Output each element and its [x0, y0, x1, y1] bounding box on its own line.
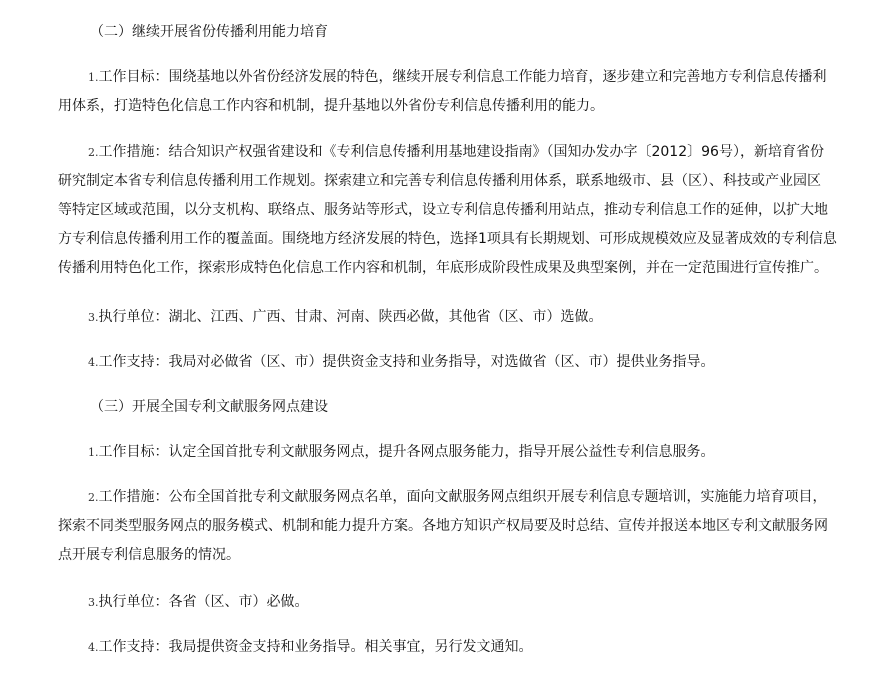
- paragraph-3-3: 3.执行单位：各省（区、市）必做。: [88, 593, 309, 612]
- paragraph-3-2-line-1: 2.工作措施：公布全国首批专利文献服务网点名单，面向文献服务网点组织开展专利信息…: [88, 488, 827, 507]
- paragraph-2-2-line-1: 2.工作措施：结合知识产权强省建设和《专利信息传播利用基地建设指南》（国知办发办…: [88, 143, 824, 162]
- section-heading-3: （三）开展全国专利文献服务网点建设: [90, 398, 328, 416]
- paragraph-2-3: 3.执行单位：湖北、江西、广西、甘肃、河南、陕西必做，其他省（区、市）选做。: [88, 308, 603, 327]
- paragraph-3-1: 1.工作目标：认定全国首批专利文献服务网点，提升各网点服务能力，指导开展公益性专…: [88, 443, 715, 462]
- paragraph-2-1-line-1: 1.工作目标：围绕基地以外省份经济发展的特色，继续开展专利信息工作能力培育，逐步…: [88, 68, 827, 87]
- item-number: 4.: [88, 356, 99, 369]
- paragraph-3-2-line-2: 探索不同类型服务网点的服务模式、机制和能力提升方案。各地方知识产权局要及时总结、…: [58, 517, 828, 535]
- item-number: 2.: [88, 146, 99, 159]
- item-number: 1.: [88, 71, 99, 84]
- item-number: 3.: [88, 311, 99, 324]
- paragraph-2-2-line-4: 方专利信息传播利用工作的覆盖面。围绕地方经济发展的特色，选择1项具有长期规划、可…: [58, 230, 837, 248]
- paragraph-2-2-line-5: 传播利用特色化工作，探索形成特色化信息工作内容和机制，年底形成阶段性成果及典型案…: [58, 259, 828, 277]
- paragraph-3-2-line-3: 点开展专利信息服务的情况。: [58, 546, 240, 564]
- paragraph-3-4: 4.工作支持：我局提供资金支持和业务指导。相关事宜，另行发文通知。: [88, 638, 533, 657]
- paragraph-2-2-line-3: 等特定区域或范围，以分支机构、联络点、服务站等形式，设立专利信息传播利用站点，推…: [58, 201, 828, 219]
- item-number: 2.: [88, 491, 99, 504]
- paragraph-2-1-line-2: 用体系，打造特色化信息工作内容和机制，提升基地以外省份专利信息传播利用的能力。: [58, 97, 604, 115]
- item-number: 4.: [88, 641, 99, 654]
- item-number: 1.: [88, 446, 99, 459]
- paragraph-2-2-line-2: 研究制定本省专利信息传播利用工作规划。探索建立和完善专利信息传播利用体系，联系地…: [58, 172, 821, 190]
- section-heading-2: （二）继续开展省份传播利用能力培育: [90, 23, 328, 41]
- document-page: （二）继续开展省份传播利用能力培育 1.工作目标：围绕基地以外省份经济发展的特色…: [0, 0, 885, 674]
- item-number: 3.: [88, 596, 99, 609]
- paragraph-2-4: 4.工作支持：我局对必做省（区、市）提供资金支持和业务指导，对选做省（区、市）提…: [88, 353, 715, 372]
